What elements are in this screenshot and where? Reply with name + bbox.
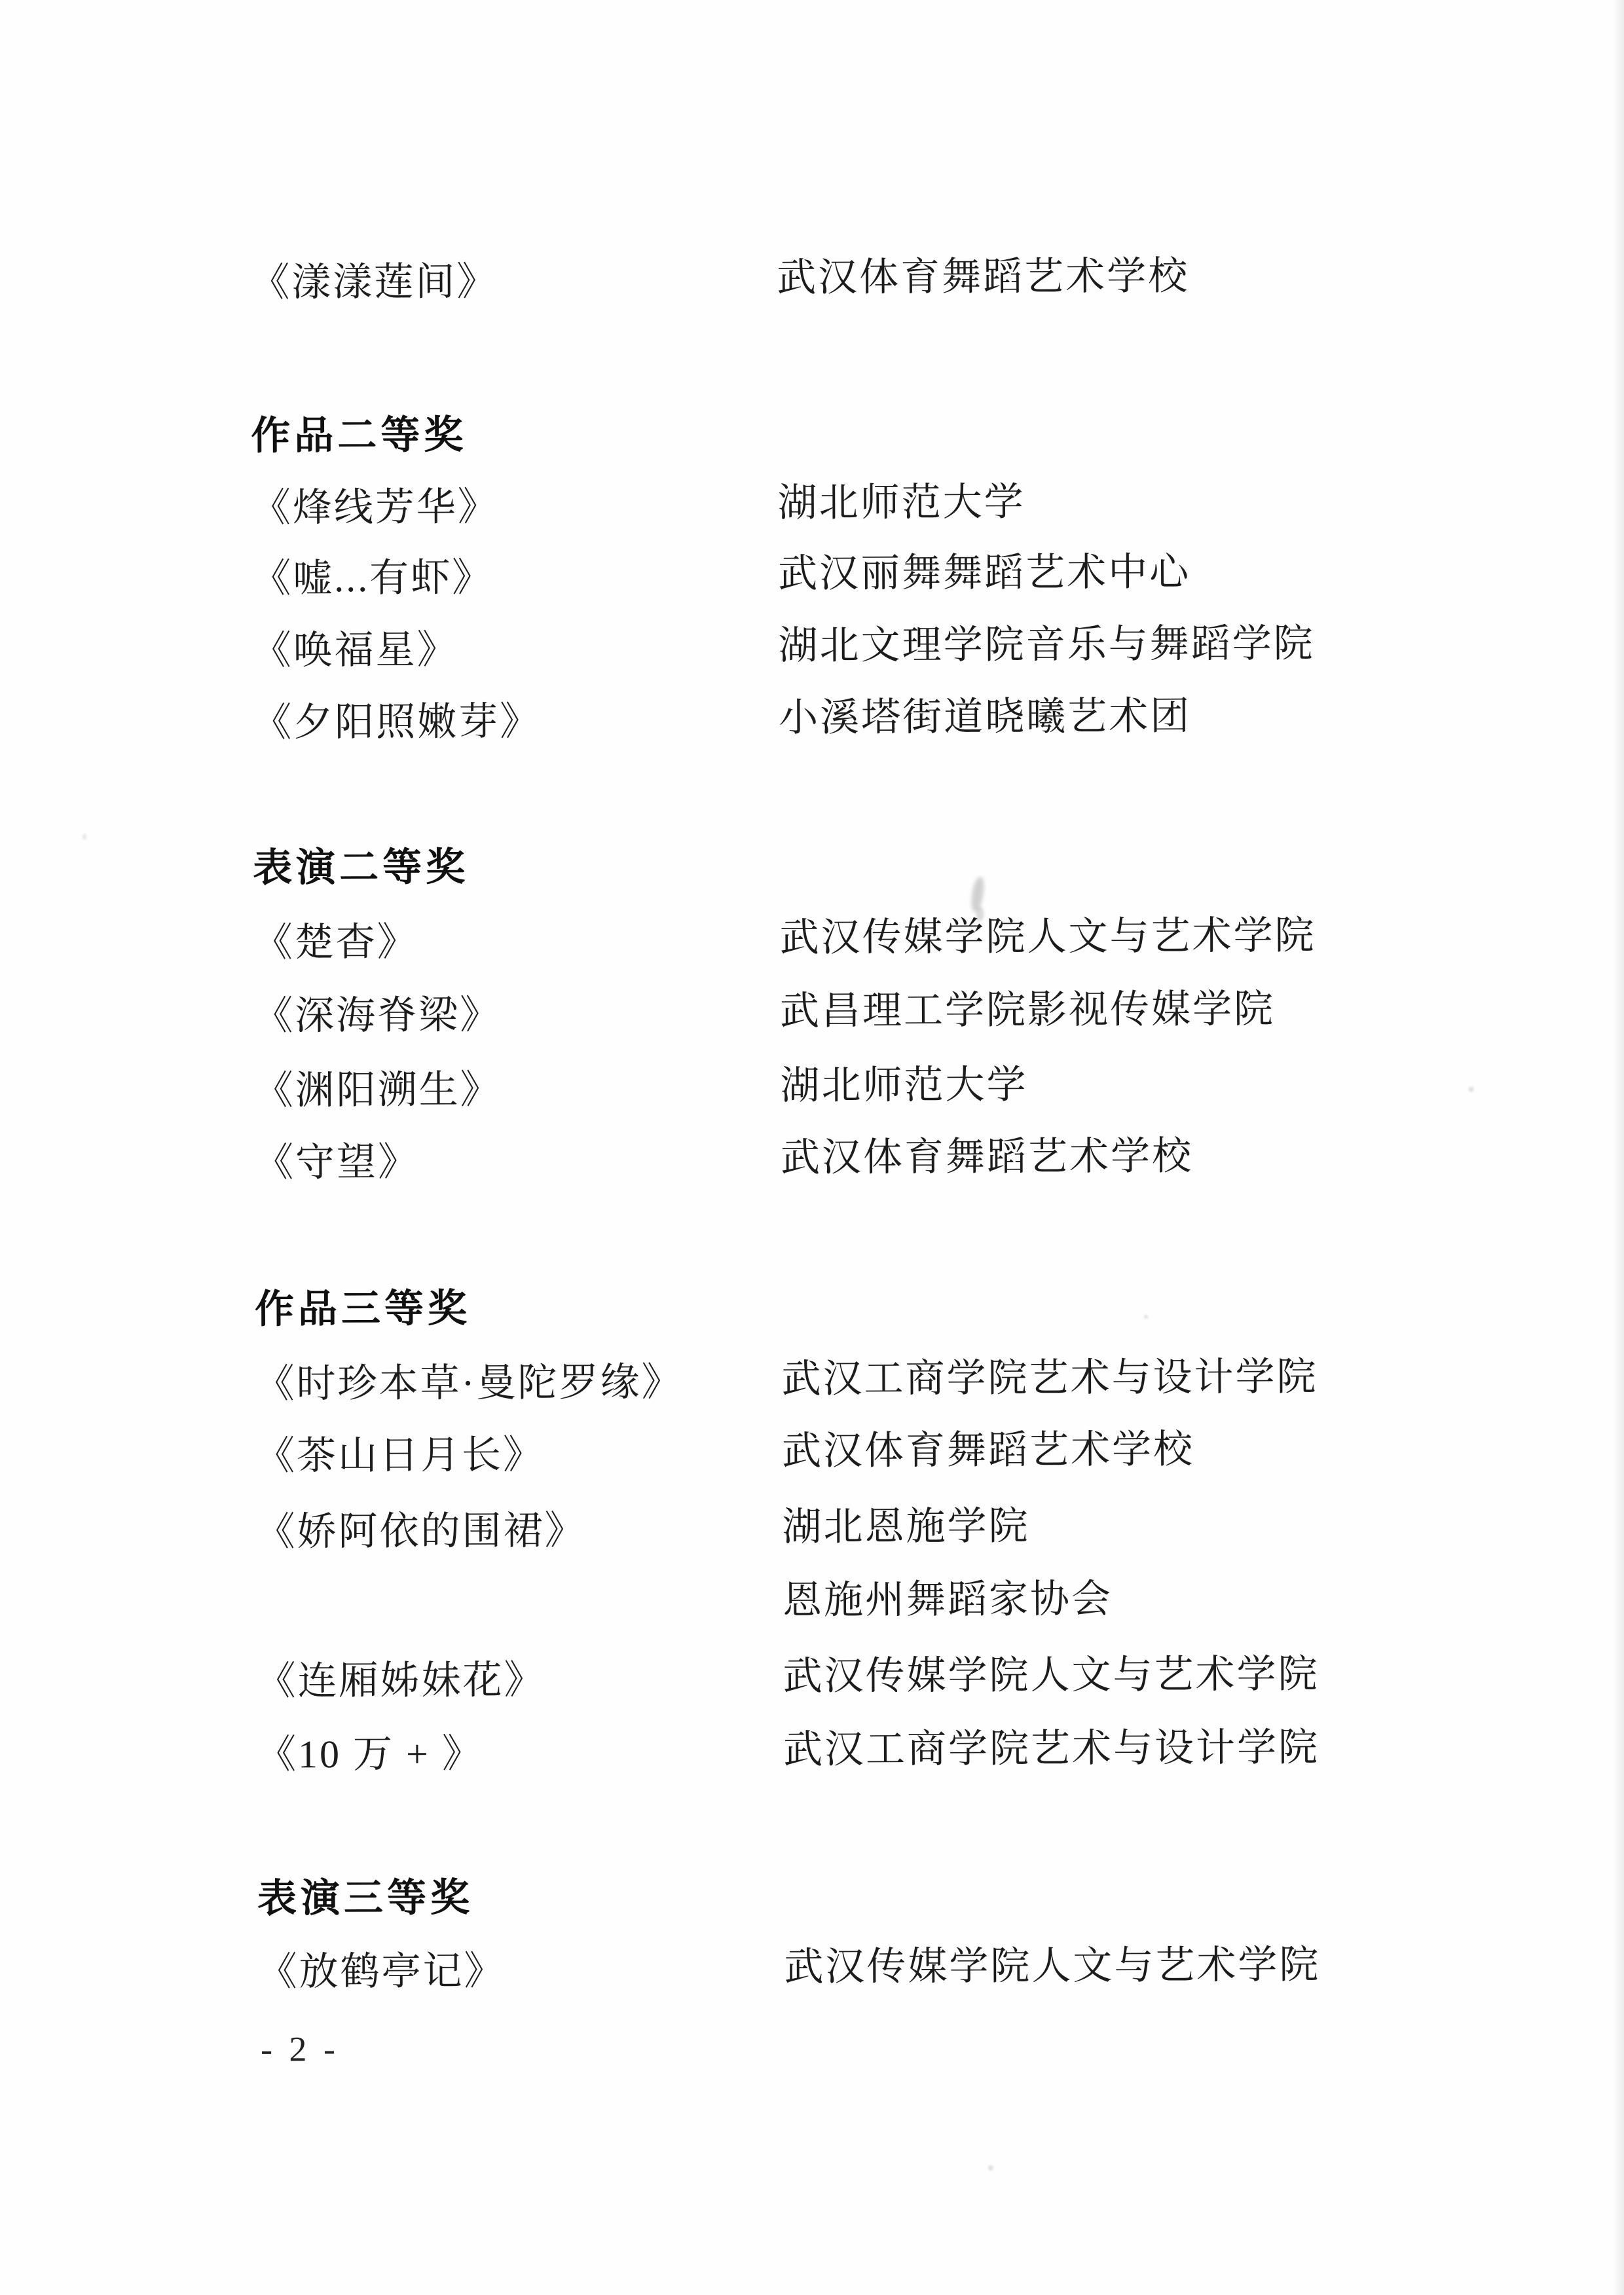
section-header: 作品三等奖 (255, 1289, 471, 1329)
organization: 武汉工商学院艺术与设计学院 (781, 1357, 1318, 1399)
work-title: 《时珍本草·曼陀罗缘》 (255, 1363, 682, 1404)
organization: 武汉传媒学院人文与艺术学院 (784, 1945, 1320, 1987)
organization: 小溪塔街道晓曦艺术团 (779, 696, 1191, 737)
work-title: 《娇阿依的围裙》 (255, 1511, 585, 1552)
page-number: - 2 - (261, 2029, 339, 2070)
paper-edge-shadow (1614, 0, 1624, 2295)
work-title: 《烽线芳华》 (251, 487, 499, 528)
scan-artifact-smudge (976, 907, 984, 921)
organization: 湖北文理学院音乐与舞蹈学院 (779, 624, 1315, 666)
work-title: 《守望》 (254, 1143, 419, 1183)
work-title: 《嘘...有虾》 (251, 558, 493, 598)
page-sheet: 《漾漾莲间》 武汉体育舞蹈艺术学校 作品二等奖 《烽线芳华》 湖北师范大学 《嘘… (0, 0, 1624, 2295)
work-title: 《漾漾莲间》 (250, 262, 498, 303)
organization: 武昌理工学院影视传媒学院 (780, 989, 1275, 1031)
section-header: 表演三等奖 (257, 1878, 473, 1918)
organization: 武汉体育舞蹈艺术学校 (782, 1429, 1194, 1471)
scan-artifact-speck (1144, 1315, 1148, 1319)
organization: 武汉丽舞舞蹈艺术中心 (778, 552, 1190, 593)
work-title: 《渊阳溯生》 (253, 1070, 501, 1111)
section-header: 作品二等奖 (251, 415, 467, 455)
work-title: 《连厢姊妹花》 (256, 1661, 545, 1701)
organization: 湖北师范大学 (780, 1065, 1027, 1106)
organization: 武汉体育舞蹈艺术学校 (777, 256, 1189, 297)
work-title: 《深海脊梁》 (253, 995, 501, 1036)
organization: 武汉传媒学院人文与艺术学院 (783, 1655, 1319, 1697)
scanned-document-page: 《漾漾莲间》 武汉体育舞蹈艺术学校 作品二等奖 《烽线芳华》 湖北师范大学 《嘘… (0, 0, 1624, 2295)
work-title: 《楚杳》 (253, 923, 418, 963)
organization-second-line: 恩施州舞蹈家协会 (783, 1579, 1113, 1620)
organization: 武汉工商学院艺术与设计学院 (783, 1728, 1319, 1770)
organization: 武汉体育舞蹈艺术学校 (781, 1136, 1193, 1177)
work-title: 《放鹤亭记》 (257, 1951, 505, 1992)
scan-artifact-speck (988, 2165, 993, 2171)
scan-artifact-speck (1469, 1087, 1474, 1092)
work-title: 《茶山日月长》 (255, 1435, 544, 1476)
section-header: 表演二等奖 (253, 847, 469, 887)
organization: 湖北恩施学院 (782, 1507, 1029, 1547)
scan-artifact-speck (83, 834, 86, 840)
work-title: 《唤福星》 (252, 630, 458, 670)
organization: 湖北师范大学 (778, 483, 1025, 523)
work-title: 《夕阳照嫩芽》 (252, 702, 541, 743)
organization: 武汉传媒学院人文与艺术学院 (779, 916, 1316, 958)
work-title: 《10 万 + 》 (257, 1734, 483, 1774)
